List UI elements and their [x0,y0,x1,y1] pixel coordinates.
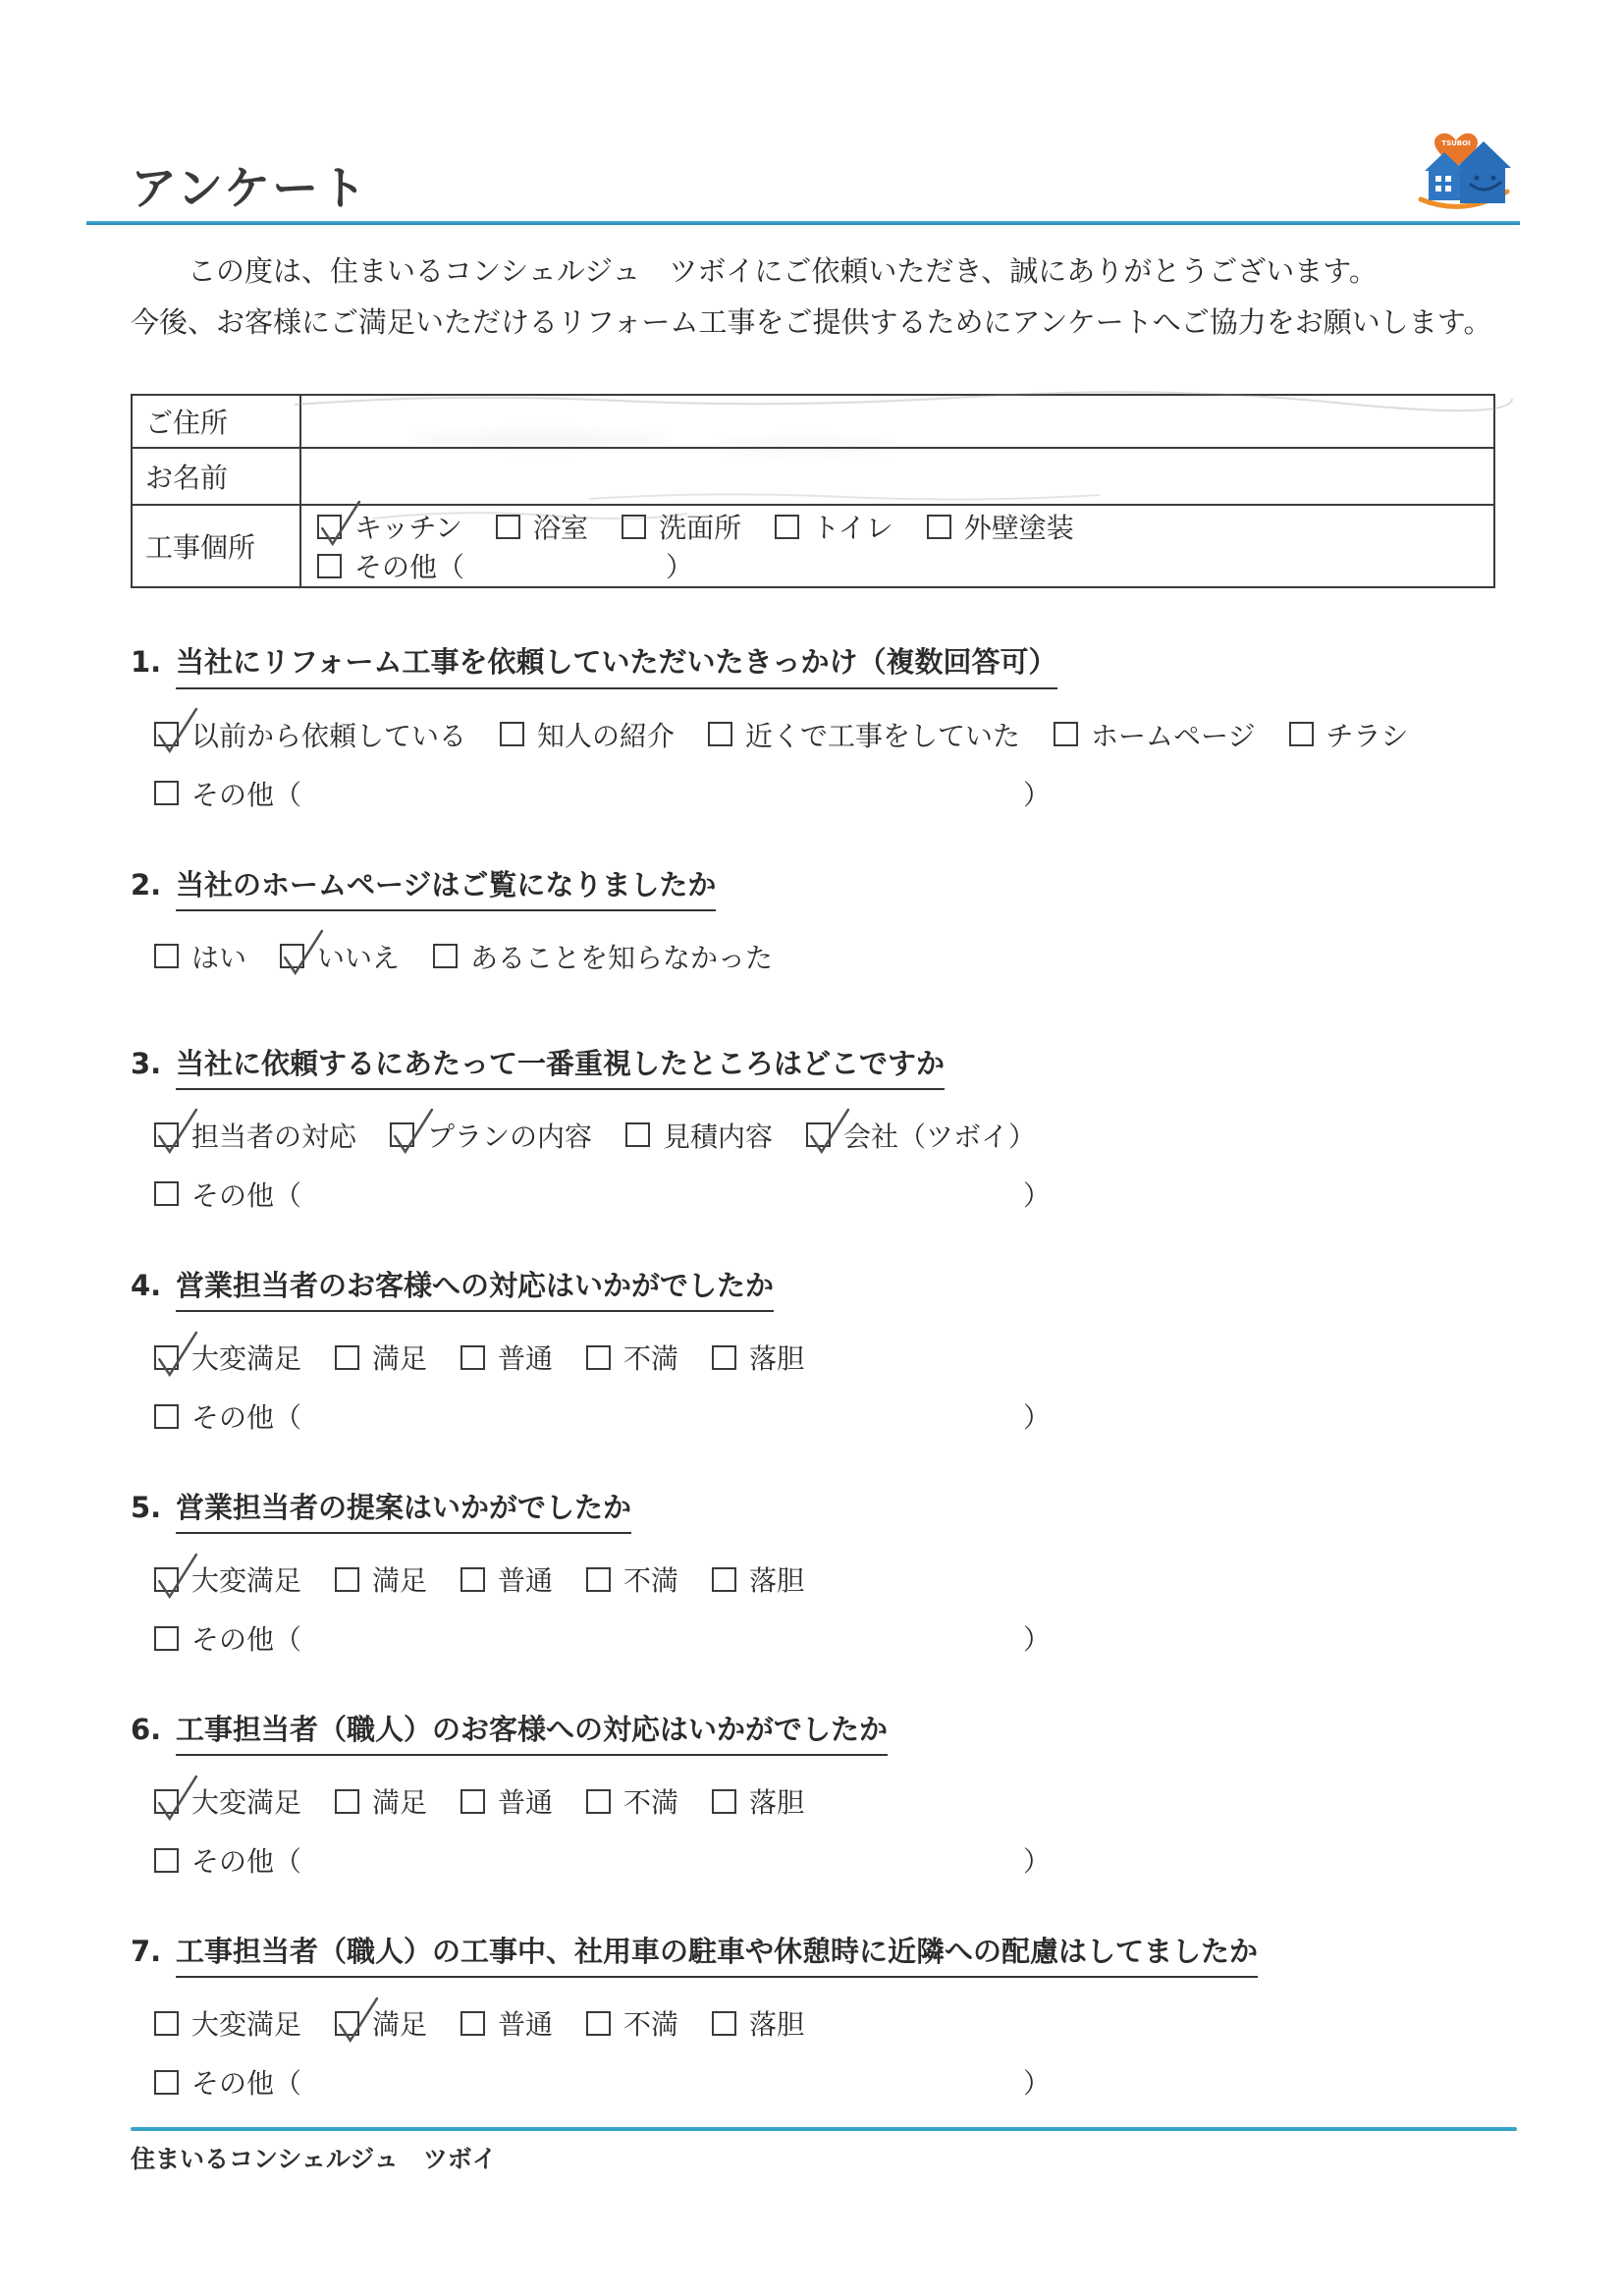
name-row: お名前 [132,448,1494,505]
question-heading: 4.営業担当者のお客様への対応はいかがでしたか [131,1267,1495,1312]
survey-option[interactable]: 不満 [586,1559,678,1599]
question-title: 営業担当者の提案はいかがでしたか [176,1489,631,1534]
checkbox[interactable] [280,944,304,968]
checkbox[interactable] [586,1345,611,1370]
paren-close: ） [1023,2062,1051,2102]
option-label: 満足 [372,1781,427,1821]
question-number: 6. [131,1711,176,1749]
option-label: 満足 [372,1559,427,1599]
checkbox[interactable] [460,1345,485,1370]
survey-option[interactable]: 外壁塗装 [927,507,1074,546]
survey-option[interactable]: あることを知らなかった [433,937,773,976]
survey-option-other[interactable]: その他（） [317,546,693,585]
checkbox[interactable] [625,1122,650,1147]
option-label: 洗面所 [659,507,741,546]
paren-close: ） [1023,1840,1051,1880]
survey-option[interactable]: 浴室 [496,507,588,546]
option-label: その他（ [191,774,301,813]
work-location-options: キッチン浴室洗面所トイレ外壁塗装その他（） [317,514,1108,585]
paren-close: ） [1023,1618,1051,1658]
checkbox[interactable] [708,722,732,746]
question-title: 当社にリフォーム工事を依頼していただいたきっかけ（複数回答可） [176,643,1057,688]
survey-option[interactable]: 満足 [335,2003,427,2043]
survey-option[interactable]: はい [154,937,246,976]
option-label: キッチン [354,507,462,546]
survey-option[interactable]: 普通 [460,1559,553,1599]
checkbox[interactable] [335,2011,359,2036]
intro-line-2: 今後、お客様にご満足いただけるリフォーム工事をご提供するためにアンケートへご協力… [131,301,1495,343]
checkbox[interactable] [317,554,342,578]
checkbox[interactable] [154,1345,179,1370]
name-value-cell [300,448,1494,505]
question-heading: 6.工事担当者（職人）のお客様への対応はいかがでしたか [131,1711,1495,1756]
customer-info-table: ご住所 お名前 工事個所 キッチン浴室洗面所トイレ外壁塗装その他（） [131,394,1495,588]
checkbox[interactable] [460,1567,485,1592]
question-section-7: 7.工事担当者（職人）の工事中、社用車の駐車や休憩時に近隣への配慮はしてましたか… [131,1933,1495,2102]
paren-close: ） [1023,1175,1051,1214]
checkbox[interactable] [712,1345,736,1370]
option-label: その他（ [191,1840,301,1880]
checkbox[interactable] [154,1789,179,1814]
options-row: はいいいえあることを知らなかった [154,937,1495,976]
option-label: 不満 [623,1559,678,1599]
checkbox[interactable] [500,722,524,746]
survey-option[interactable]: 不満 [586,1781,678,1821]
question-number: 7. [131,1933,176,1971]
checkbox[interactable] [586,1789,611,1814]
options-row: 大変満足満足普通不満落胆 [154,1559,1495,1599]
survey-option[interactable]: 近くで工事をしていた [708,715,1020,754]
option-label: 普通 [498,1781,553,1821]
survey-option[interactable]: 普通 [460,1338,553,1377]
survey-option[interactable]: 落胆 [712,1338,804,1377]
option-label: その他（ [191,1396,301,1436]
footer-company-name: 住まいるコンシェルジュ ツボイ [131,2140,1517,2175]
option-label: 落胆 [749,1781,804,1821]
checkbox[interactable] [927,515,951,539]
survey-option[interactable]: 落胆 [712,2003,804,2043]
question-title: 当社のホームページはご覧になりましたか [176,866,716,911]
survey-option[interactable]: 満足 [335,1338,427,1377]
option-label: その他（ [354,546,464,585]
other-option-row: その他（） [154,1396,1495,1436]
survey-option[interactable]: 普通 [460,1781,553,1821]
questions-list: 1.当社にリフォーム工事を依頼していただいたきっかけ（複数回答可）以前から依頼し… [131,643,1495,2102]
option-label: 近くで工事をしていた [745,715,1020,754]
survey-option[interactable]: トイレ [775,507,893,546]
option-label: 不満 [623,2003,678,2043]
checkbox[interactable] [586,1567,611,1592]
option-label: 大変満足 [191,1338,301,1377]
option-label: はい [191,937,246,976]
question-section-4: 4.営業担当者のお客様への対応はいかがでしたか大変満足満足普通不満落胆その他（） [131,1267,1495,1436]
intro-line-1: この度は、住まいるコンシェルジュ ツボイにご依頼いただき、誠にありがとうございま… [131,250,1495,292]
question-section-5: 5.営業担当者の提案はいかがでしたか大変満足満足普通不満落胆その他（） [131,1489,1495,1658]
checkbox[interactable] [154,1122,179,1147]
options-row: 大変満足満足普通不満落胆 [154,2003,1495,2043]
address-row: ご住所 [132,395,1494,448]
survey-option[interactable]: 大変満足 [154,2003,301,2043]
checkbox[interactable] [460,1789,485,1814]
survey-option[interactable]: 満足 [335,1781,427,1821]
checkbox[interactable] [154,944,179,968]
checkbox[interactable] [1289,722,1314,746]
question-section-6: 6.工事担当者（職人）のお客様への対応はいかがでしたか大変満足満足普通不満落胆そ… [131,1711,1495,1880]
paren-close: ） [1023,774,1051,813]
survey-option[interactable]: ホームページ [1054,715,1255,754]
option-label: 落胆 [749,1338,804,1377]
question-number: 5. [131,1489,176,1527]
option-label: 落胆 [749,2003,804,2043]
checkbox[interactable] [806,1122,831,1147]
options-row: 大変満足満足普通不満落胆 [154,1781,1495,1821]
option-label: いいえ [317,937,400,976]
option-label: 大変満足 [191,1559,301,1599]
checkbox[interactable] [1054,722,1078,746]
work-location-row: 工事個所 キッチン浴室洗面所トイレ外壁塗装その他（） [132,505,1494,587]
other-option-row: その他（） [154,1175,1495,1214]
checkbox[interactable] [335,1345,359,1370]
option-label: チラシ [1326,715,1409,754]
option-label: 落胆 [749,1559,804,1599]
option-label: トイレ [812,507,893,546]
question-heading: 7.工事担当者（職人）の工事中、社用車の駐車や休憩時に近隣への配慮はしてましたか [131,1933,1495,1978]
checkbox[interactable] [154,781,179,805]
checkbox[interactable] [712,1567,736,1592]
options-row: 担当者の対応プランの内容見積内容会社（ツボイ） [154,1116,1495,1155]
checkbox[interactable] [154,2070,179,2095]
survey-option[interactable]: 会社（ツボイ） [806,1116,1036,1155]
option-label: 大変満足 [191,2003,301,2043]
paren-close: ） [666,546,693,585]
survey-option[interactable]: 見積内容 [625,1116,773,1155]
survey-option[interactable]: 大変満足 [154,1559,301,1599]
question-number: 2. [131,866,176,904]
question-number: 3. [131,1045,176,1083]
options-row: 大変満足満足普通不満落胆 [154,1338,1495,1377]
other-option-row: その他（） [154,1618,1495,1658]
survey-option[interactable]: 落胆 [712,1781,804,1821]
survey-option[interactable]: 不満 [586,2003,678,2043]
option-label: 担当者の対応 [191,1116,356,1155]
option-label: 見積内容 [663,1116,773,1155]
survey-option[interactable]: チラシ [1289,715,1409,754]
option-label: 浴室 [533,507,588,546]
checkbox[interactable] [712,1789,736,1814]
question-section-3: 3.当社に依頼するにあたって一番重視したところはどこですか担当者の対応プランの内… [131,1045,1495,1214]
question-heading: 1.当社にリフォーム工事を依頼していただいたきっかけ（複数回答可） [131,643,1495,688]
checkbox[interactable] [433,944,458,968]
other-option-row: その他（） [154,2062,1495,2102]
question-number: 1. [131,643,176,682]
checkbox[interactable] [622,515,646,539]
checkbox[interactable] [154,1848,179,1873]
survey-option[interactable]: 知人の紹介 [500,715,675,754]
checkbox[interactable] [154,2011,179,2036]
checkbox[interactable] [154,1181,179,1206]
option-label: 普通 [498,1338,553,1377]
work-location-options-cell: キッチン浴室洗面所トイレ外壁塗装その他（） [300,505,1494,587]
checkbox[interactable] [335,1789,359,1814]
checkbox[interactable] [586,2011,611,2036]
footer-rule [131,2127,1517,2131]
option-label: 不満 [623,1338,678,1377]
option-label: 会社（ツボイ） [843,1116,1036,1155]
question-heading: 2.当社のホームページはご覧になりましたか [131,866,1495,911]
survey-option[interactable]: キッチン [317,507,462,546]
checkbox[interactable] [496,515,520,539]
option-label: その他（ [191,1175,301,1214]
checkbox[interactable] [775,515,799,539]
title-underline-rule [86,221,1520,225]
option-label: 普通 [498,1559,553,1599]
question-heading: 3.当社に依頼するにあたって一番重視したところはどこですか [131,1045,1495,1090]
option-label: 以前から依頼している [191,715,466,754]
survey-option[interactable]: 不満 [586,1338,678,1377]
question-section-2: 2.当社のホームページはご覧になりましたかはいいいえあることを知らなかった [131,866,1495,976]
question-title: 工事担当者（職人）の工事中、社用車の駐車や休憩時に近隣への配慮はしてましたか [176,1933,1258,1978]
checkbox[interactable] [460,2011,485,2036]
option-label: 満足 [372,2003,427,2043]
option-label: あることを知らなかった [470,937,773,976]
work-location-label: 工事個所 [132,505,300,587]
option-label: 満足 [372,1338,427,1377]
checkbox[interactable] [154,1626,179,1651]
question-section-1: 1.当社にリフォーム工事を依頼していただいたきっかけ（複数回答可）以前から依頼し… [131,643,1495,812]
option-label: その他（ [191,2062,301,2102]
option-label: 大変満足 [191,1781,301,1821]
page-footer: 住まいるコンシェルジュ ツボイ [131,2127,1517,2175]
survey-option[interactable]: 落胆 [712,1559,804,1599]
options-row: 以前から依頼している知人の紹介近くで工事をしていたホームページチラシ [154,715,1495,754]
checkbox[interactable] [154,1567,179,1592]
question-title: 当社に依頼するにあたって一番重視したところはどこですか [176,1045,945,1090]
survey-option[interactable]: 洗面所 [622,507,741,546]
option-label: 知人の紹介 [537,715,675,754]
option-label: その他（ [191,1618,301,1658]
option-label: ホームページ [1091,715,1255,754]
address-value-cell [300,395,1494,448]
checkbox[interactable] [712,2011,736,2036]
survey-option[interactable]: いいえ [280,937,400,976]
page-title: アンケート [131,162,1495,217]
survey-option[interactable]: 大変満足 [154,1781,301,1821]
option-label: プランの内容 [427,1116,592,1155]
checkbox[interactable] [335,1567,359,1592]
option-label: 普通 [498,2003,553,2043]
other-option-row: その他（） [154,1840,1495,1880]
paren-close: ） [1023,1396,1051,1436]
checkbox[interactable] [317,515,342,539]
question-number: 4. [131,1267,176,1305]
name-label: お名前 [132,448,300,505]
survey-option[interactable]: 満足 [335,1559,427,1599]
question-title: 工事担当者（職人）のお客様への対応はいかがでしたか [176,1711,888,1756]
survey-option[interactable]: 普通 [460,2003,553,2043]
checkbox[interactable] [154,1404,179,1429]
survey-option[interactable]: 大変満足 [154,1338,301,1377]
option-label: 外壁塗装 [964,507,1074,546]
other-option-row: その他（） [154,774,1495,813]
option-label: 不満 [623,1781,678,1821]
survey-option[interactable]: 以前から依頼している [154,715,466,754]
checkbox[interactable] [154,722,179,746]
survey-option[interactable]: 担当者の対応 [154,1116,356,1155]
question-title: 営業担当者のお客様への対応はいかがでしたか [176,1267,774,1312]
question-heading: 5.営業担当者の提案はいかがでしたか [131,1489,1495,1534]
questionnaire-page: TSUBOI アンケート この度は、住まいるコンシェルジュ ツボイにご依頼いただ… [0,0,1623,2296]
survey-option[interactable]: プランの内容 [390,1116,592,1155]
checkbox[interactable] [390,1122,414,1147]
logo-text: TSUBOI [1441,139,1470,147]
address-label: ご住所 [132,395,300,448]
